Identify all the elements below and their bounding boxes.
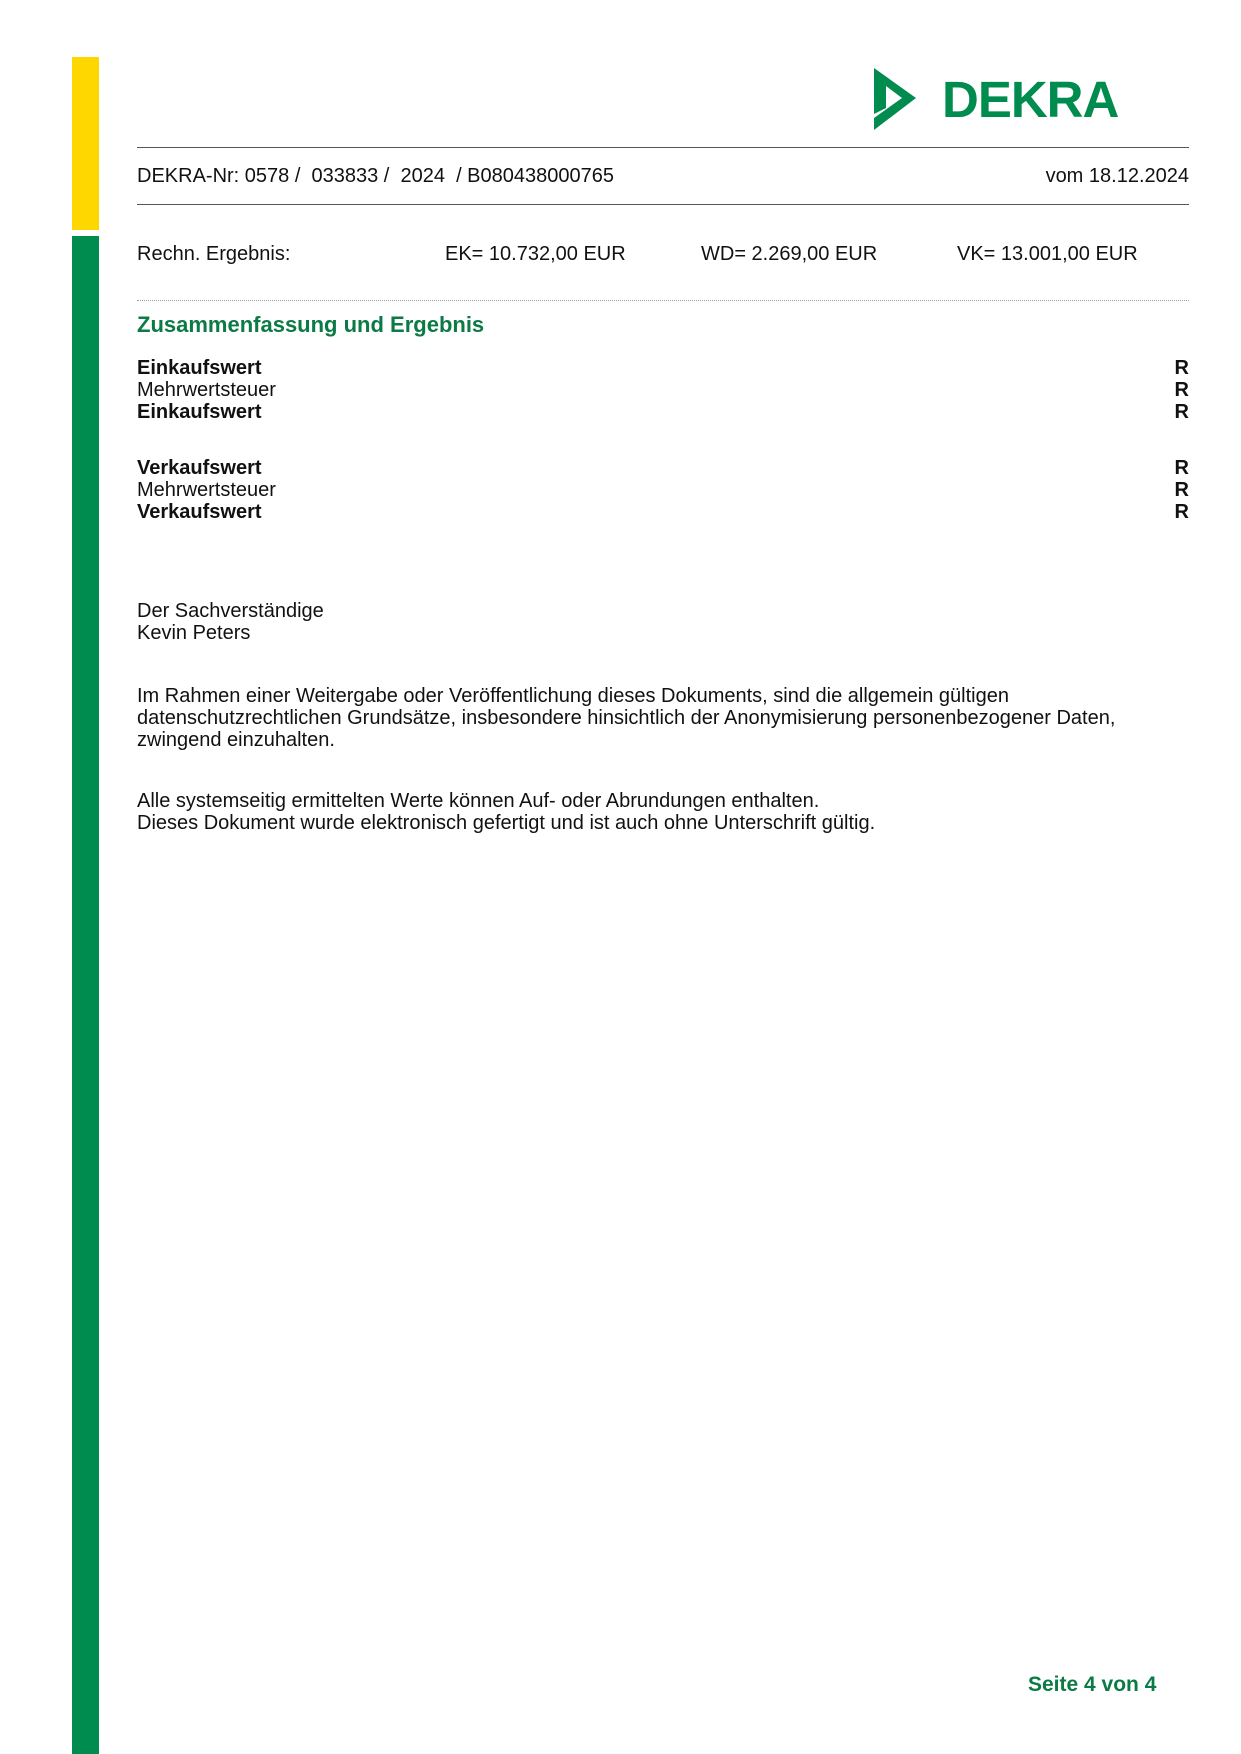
summary-row: Verkaufswert R: [137, 457, 1189, 479]
result-label: Rechn. Ergebnis:: [137, 243, 290, 265]
header-bottom-rule: [137, 204, 1189, 205]
dekra-logo: DEKRA: [868, 68, 1098, 132]
summary-row-value: R: [1175, 357, 1189, 379]
disclaimer-line: Dieses Dokument wurde elektronisch gefer…: [137, 812, 875, 834]
summary-row-label: Verkaufswert: [137, 501, 262, 523]
page-number: Seite 4 von 4: [1028, 1673, 1156, 1697]
dotted-separator: [137, 300, 1189, 301]
privacy-notice-line: datenschutzrechtlichen Grundsätze, insbe…: [137, 707, 1115, 729]
result-vk: VK= 13.001,00 EUR: [957, 243, 1138, 265]
header-top-rule: [137, 147, 1189, 148]
summary-row: Mehrwertsteuer R: [137, 379, 1189, 401]
result-ek: EK= 10.732,00 EUR: [445, 243, 626, 265]
summary-row-label: Einkaufswert: [137, 401, 261, 423]
summary-row: Mehrwertsteuer R: [137, 479, 1189, 501]
summary-row: Einkaufswert R: [137, 357, 1189, 379]
yellow-side-bar: [72, 57, 99, 230]
green-side-bar: [72, 236, 99, 1754]
dekra-arrow-logo-icon: [872, 68, 918, 132]
summary-row-label: Mehrwertsteuer: [137, 479, 276, 501]
disclaimer-line: Alle systemseitig ermittelten Werte könn…: [137, 790, 819, 812]
summary-row-label: Mehrwertsteuer: [137, 379, 276, 401]
summary-row-value: R: [1175, 457, 1189, 479]
summary-heading: Zusammenfassung und Ergebnis: [137, 312, 484, 338]
summary-row: Einkaufswert R: [137, 401, 1189, 423]
summary-row-value: R: [1175, 379, 1189, 401]
privacy-notice-line: zwingend einzuhalten.: [137, 729, 335, 751]
signature-name: Kevin Peters: [137, 622, 250, 644]
document-date: vom 18.12.2024: [1046, 165, 1189, 187]
summary-row: Verkaufswert R: [137, 501, 1189, 523]
signature-role: Der Sachverständige: [137, 600, 324, 622]
result-wd: WD= 2.269,00 EUR: [701, 243, 877, 265]
privacy-notice-line: Im Rahmen einer Weitergabe oder Veröffen…: [137, 685, 1009, 707]
summary-row-label: Einkaufswert: [137, 357, 261, 379]
logo-wordmark: DEKRA: [942, 70, 1118, 130]
summary-row-value: R: [1175, 401, 1189, 423]
summary-row-value: R: [1175, 501, 1189, 523]
dekra-number: DEKRA-Nr: 0578 / 033833 / 2024 / B080438…: [137, 165, 614, 187]
summary-row-label: Verkaufswert: [137, 457, 262, 479]
summary-row-value: R: [1175, 479, 1189, 501]
